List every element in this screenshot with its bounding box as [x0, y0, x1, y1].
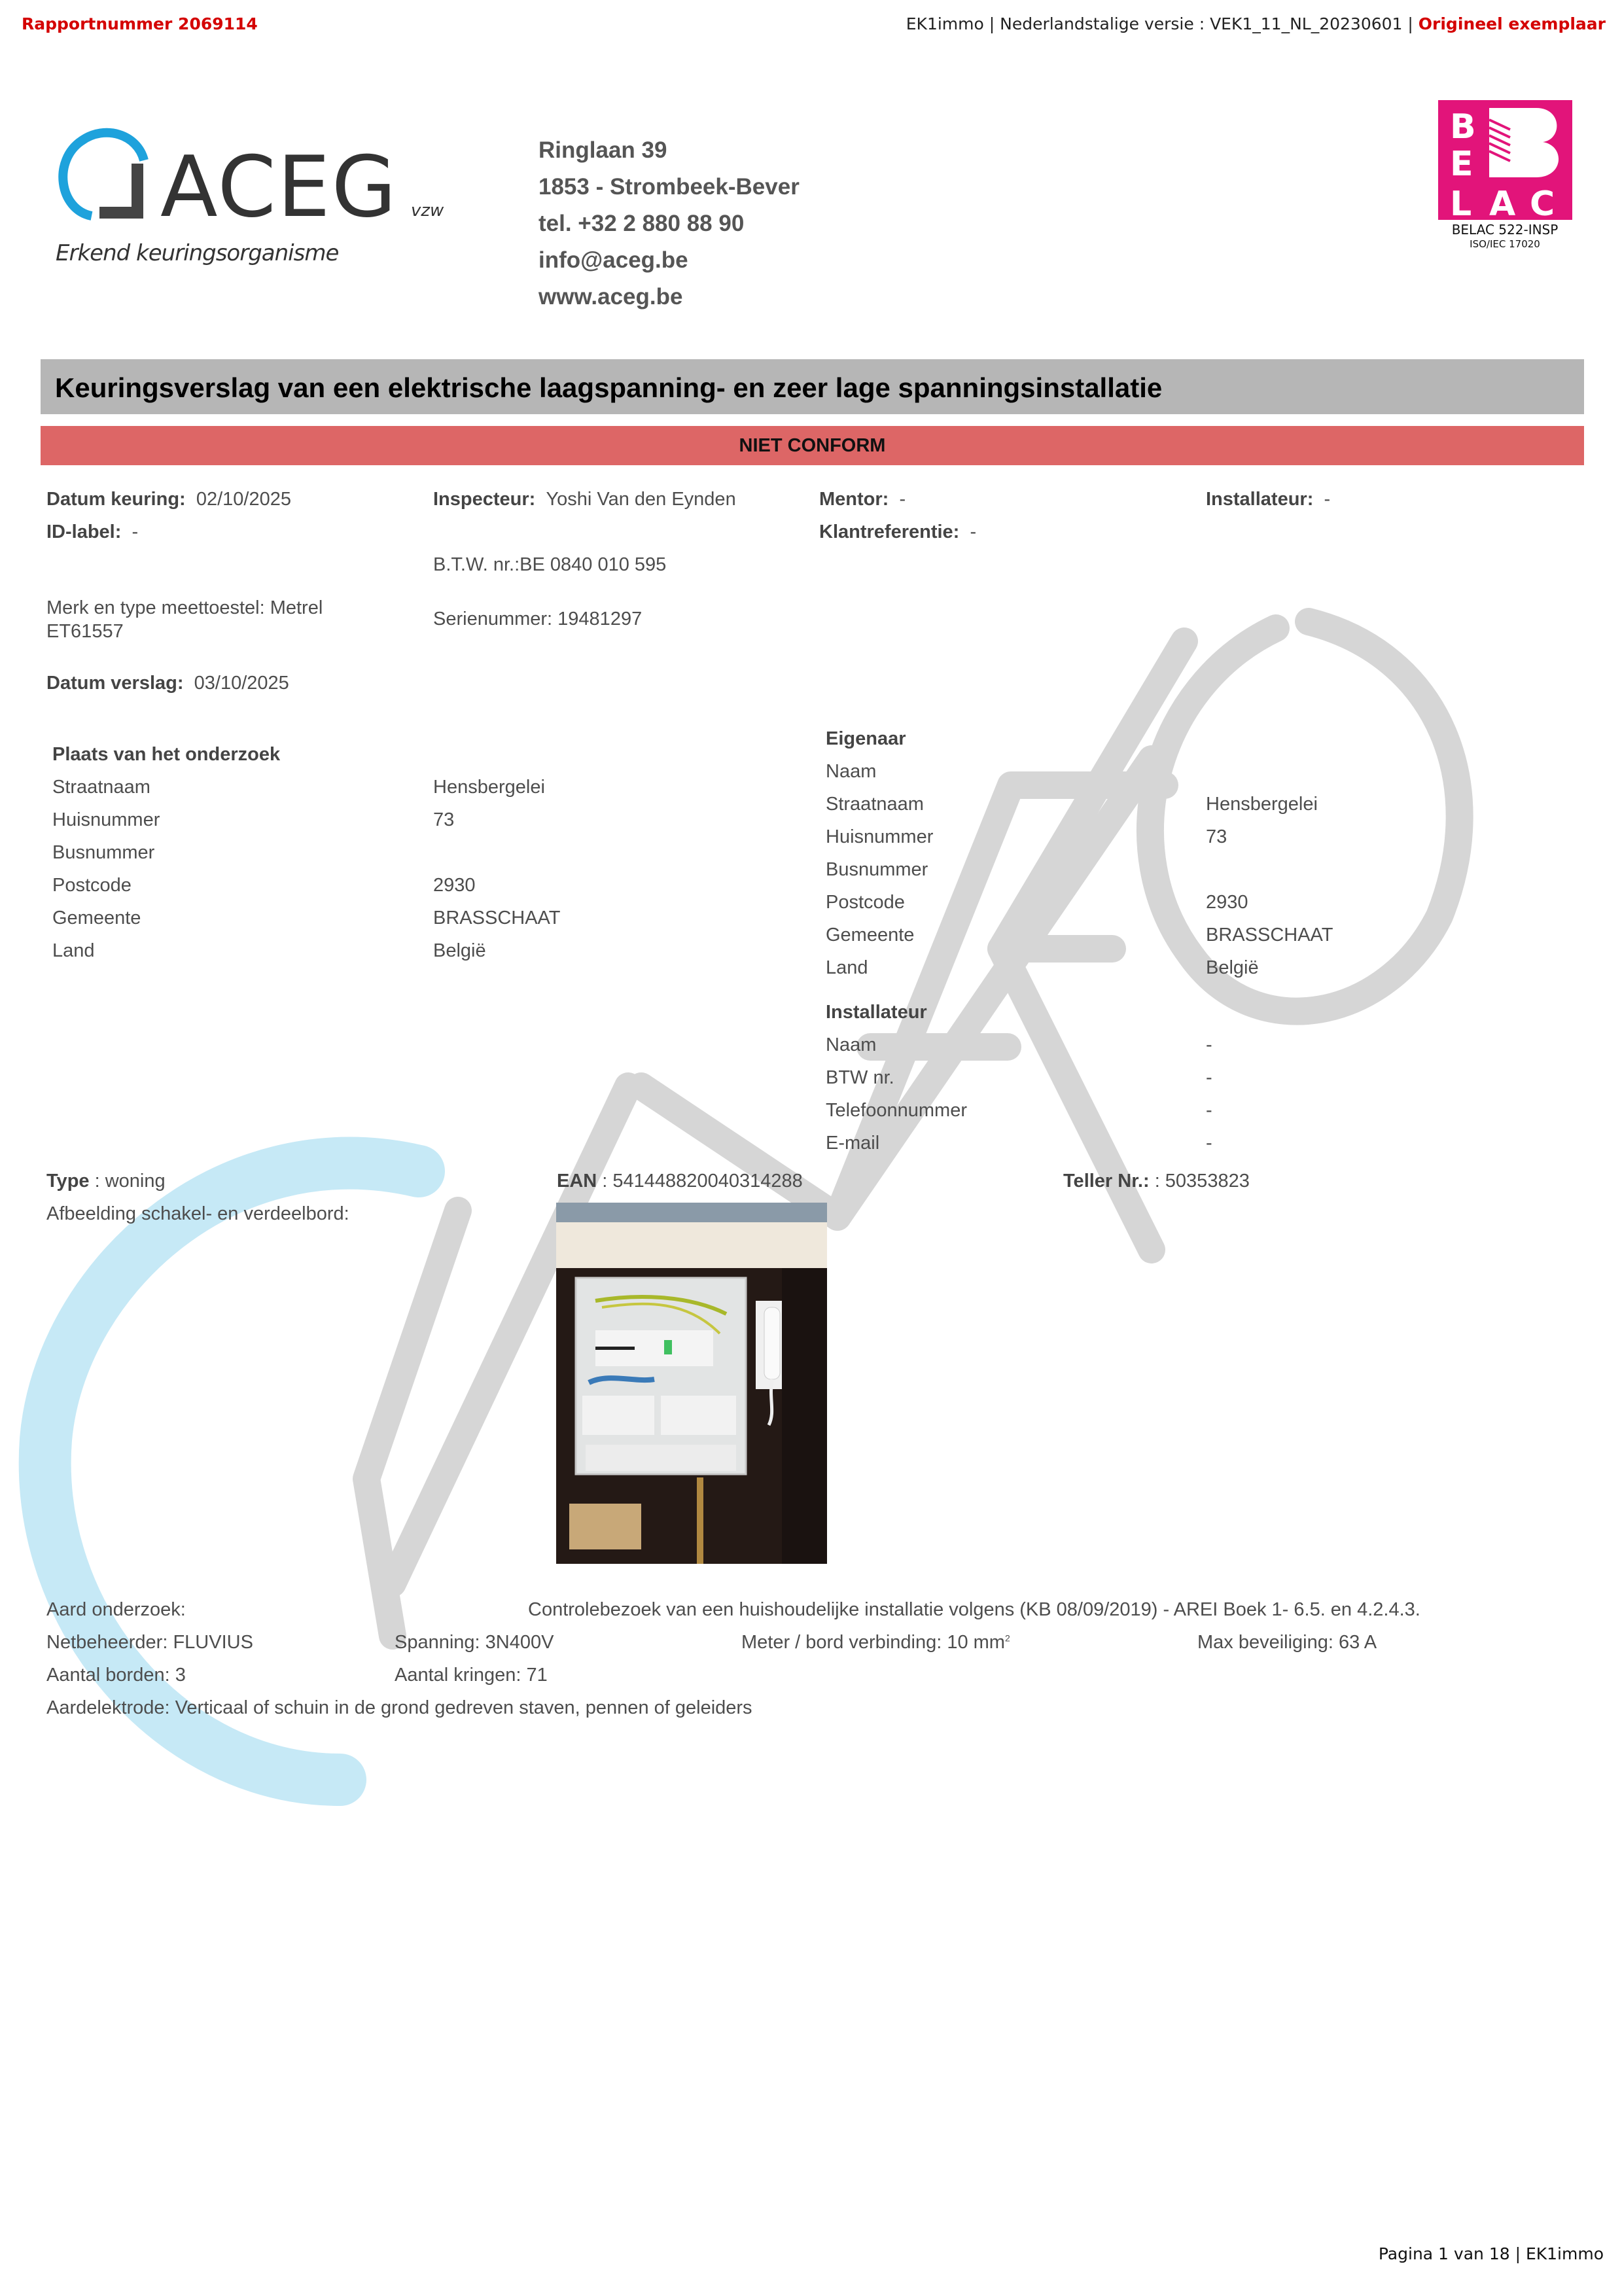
svg-text:vzw: vzw — [411, 201, 444, 221]
mentor: Mentor: - — [819, 489, 906, 510]
klantreferentie: Klantreferentie: - — [819, 521, 976, 543]
netbeheerder: Netbeheerder: FLUVIUS — [46, 1632, 253, 1653]
distribution-board-photo — [556, 1203, 827, 1564]
belac-logo: B E L A C BELAC 522-INSP ISO/IEC 17020 — [1438, 100, 1581, 251]
row-label: Busnummer — [52, 842, 154, 864]
row-label: Straatnaam — [826, 794, 924, 815]
row-label: Huisnummer — [52, 809, 160, 831]
row-value: 73 — [1206, 826, 1227, 848]
row-label: Huisnummer — [826, 826, 933, 848]
meettoestel: Merk en type meettoestel: Metrel ET61557 — [46, 596, 361, 643]
page-footer: Pagina 1 van 18 | EK1immo — [1379, 2244, 1604, 2263]
report-number: Rapportnummer 2069114 — [22, 14, 258, 33]
page-header: Rapportnummer 2069114 EK1immo | Nederlan… — [0, 14, 1622, 35]
row-value: - — [1206, 1100, 1212, 1122]
conformity-status-band: NIET CONFORM — [41, 426, 1584, 465]
aardelektrode: Aardelektrode: Verticaal of schuin in de… — [46, 1697, 752, 1719]
version-info: EK1immo | Nederlandstalige versie : VEK1… — [906, 14, 1606, 33]
aantal-borden: Aantal borden: 3 — [46, 1665, 186, 1686]
row-label: Naam — [826, 761, 876, 783]
address-street: Ringlaan 39 — [538, 132, 800, 169]
datum-verslag: Datum verslag: 03/10/2025 — [46, 673, 289, 694]
svg-text:B: B — [1450, 107, 1476, 147]
row-label: Busnummer — [826, 859, 928, 881]
row-value: 2930 — [433, 875, 476, 896]
ean-code: EAN : 541448820040314288 — [557, 1171, 803, 1192]
row-label: Postcode — [826, 892, 905, 913]
row-value: BRASSCHAAT — [433, 908, 560, 929]
aard-onderzoek-label: Aard onderzoek: — [46, 1599, 186, 1621]
inspecteur: Inspecteur: Yoshi Van den Eynden — [433, 489, 736, 510]
logo-tagline: Erkend keuringsorganisme — [56, 240, 338, 266]
svg-text:E: E — [1450, 145, 1473, 184]
meter-bord-verbinding: Meter / bord verbinding: 10 mm2 — [741, 1632, 1010, 1653]
row-value: Hensbergelei — [1206, 794, 1318, 815]
installation-type: Type : woning — [46, 1171, 166, 1192]
row-label: BTW nr. — [826, 1067, 894, 1089]
installateur-heading: Installateur — [826, 1002, 927, 1023]
id-label: ID-label: - — [46, 521, 138, 543]
row-label: Land — [52, 940, 95, 962]
report-title-band: Keuringsverslag van een elektrische laag… — [41, 359, 1584, 414]
row-value: België — [433, 940, 486, 962]
copy-label: Origineel exemplaar — [1419, 14, 1606, 33]
max-beveiliging: Max beveiliging: 63 A — [1197, 1632, 1377, 1653]
address-email: info@aceg.be — [538, 242, 800, 279]
organization-address: Ringlaan 39 1853 - Strombeek-Bever tel. … — [538, 132, 800, 315]
spanning: Spanning: 3N400V — [395, 1632, 554, 1653]
address-phone: tel. +32 2 880 88 90 — [538, 205, 800, 242]
address-website: www.aceg.be — [538, 279, 800, 315]
serienummer: Serienummer: 19481297 — [433, 609, 642, 630]
svg-text:ISO/IEC 17020: ISO/IEC 17020 — [1470, 238, 1540, 250]
installateur-meta: Installateur: - — [1206, 489, 1330, 510]
btw-number: B.T.W. nr.:BE 0840 010 595 — [433, 554, 666, 576]
address-city: 1853 - Strombeek-Bever — [538, 169, 800, 205]
row-value: 73 — [433, 809, 454, 831]
svg-text:C: C — [1530, 185, 1555, 224]
report-title: Keuringsverslag van een elektrische laag… — [55, 372, 1162, 404]
row-label: Telefoonnummer — [826, 1100, 967, 1122]
row-value: - — [1206, 1034, 1212, 1056]
row-value: BRASSCHAAT — [1206, 925, 1333, 946]
image-caption: Afbeelding schakel- en verdeelbord: — [46, 1203, 349, 1225]
row-value: - — [1206, 1067, 1212, 1089]
row-value: België — [1206, 957, 1259, 979]
version-text: EK1immo | Nederlandstalige versie : VEK1… — [906, 14, 1419, 33]
logo-text: ACEG — [160, 139, 398, 236]
row-value: - — [1206, 1133, 1212, 1154]
aard-onderzoek-value: Controlebezoek van een huishoudelijke in… — [528, 1599, 1420, 1621]
row-label: Naam — [826, 1034, 876, 1056]
conformity-status: NIET CONFORM — [739, 435, 886, 456]
plaats-heading: Plaats van het onderzoek — [52, 744, 280, 766]
row-label: Gemeente — [826, 925, 914, 946]
svg-text:A: A — [1489, 185, 1515, 224]
row-label: E-mail — [826, 1133, 879, 1154]
row-label: Postcode — [52, 875, 132, 896]
teller-number: Teller Nr.: : 50353823 — [1063, 1171, 1250, 1192]
row-label: Land — [826, 957, 868, 979]
row-label: Straatnaam — [52, 777, 150, 798]
datum-keuring: Datum keuring: 02/10/2025 — [46, 489, 291, 510]
eigenaar-heading: Eigenaar — [826, 728, 906, 750]
aantal-kringen: Aantal kringen: 71 — [395, 1665, 548, 1686]
svg-text:L: L — [1450, 185, 1472, 224]
row-value: 2930 — [1206, 892, 1248, 913]
svg-text:BELAC 522-INSP: BELAC 522-INSP — [1452, 222, 1559, 238]
row-value: Hensbergelei — [433, 777, 545, 798]
row-label: Gemeente — [52, 908, 141, 929]
